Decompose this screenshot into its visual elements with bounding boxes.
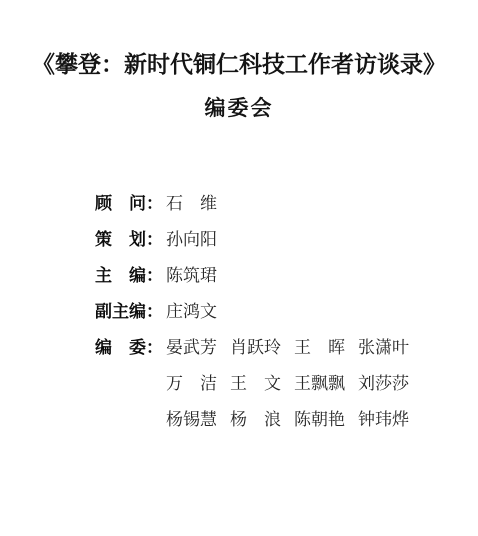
role-label-advisor: 顾 问： <box>95 186 163 222</box>
book-title: 《攀登：新时代铜仁科技工作者访谈录》 <box>0 48 478 82</box>
person-name: 王 晖 <box>294 330 345 366</box>
role-label-chief-editor: 主 编： <box>95 258 163 294</box>
role-label-deputy-editor: 副主编： <box>95 294 163 330</box>
roster-entry-planner: 策 划： 孙向阳 <box>95 222 478 258</box>
person-name: 陈朝艳 <box>294 402 345 438</box>
roster-entry-editorial-members: 编 委： 晏武芳 肖跃玲 王 晖 张潇叶 万 洁 王 文 王飘飘 刘莎莎 杨锡慧… <box>95 330 478 438</box>
person-name: 王飘飘 <box>294 366 345 402</box>
editorial-board-roster: 顾 问： 石 维 策 划： 孙向阳 主 编： 陈筑珺 副主编： 庄鸿文 编 委：… <box>95 186 478 438</box>
editorial-members-row: 万 洁 王 文 王飘飘 刘莎莎 <box>166 366 409 402</box>
person-name: 万 洁 <box>166 366 217 402</box>
editorial-board-heading: 编委会 <box>0 94 478 122</box>
roster-entry-deputy-editor: 副主编： 庄鸿文 <box>95 294 478 330</box>
person-name: 肖跃玲 <box>230 330 281 366</box>
person-name: 钟玮烨 <box>358 402 409 438</box>
person-name: 晏武芳 <box>166 330 217 366</box>
person-name-chief-editor: 陈筑珺 <box>166 258 217 294</box>
role-label-planner: 策 划： <box>95 222 163 258</box>
editorial-members-row: 杨锡慧 杨 浪 陈朝艳 钟玮烨 <box>166 402 409 438</box>
roster-entry-chief-editor: 主 编： 陈筑珺 <box>95 258 478 294</box>
editorial-members-row: 晏武芳 肖跃玲 王 晖 张潇叶 <box>166 330 409 366</box>
roster-entry-advisor: 顾 问： 石 维 <box>95 186 478 222</box>
person-name-planner: 孙向阳 <box>166 222 217 258</box>
person-name-deputy-editor: 庄鸿文 <box>166 294 217 330</box>
role-label-editorial-members: 编 委： <box>95 330 163 366</box>
person-name: 刘莎莎 <box>358 366 409 402</box>
document-page: 《攀登：新时代铜仁科技工作者访谈录》 编委会 顾 问： 石 维 策 划： 孙向阳… <box>0 0 478 536</box>
person-name: 杨 浪 <box>230 402 281 438</box>
person-name: 张潇叶 <box>358 330 409 366</box>
editorial-members-grid: 晏武芳 肖跃玲 王 晖 张潇叶 万 洁 王 文 王飘飘 刘莎莎 杨锡慧 杨 浪 … <box>166 330 409 438</box>
person-name: 王 文 <box>230 366 281 402</box>
person-name: 杨锡慧 <box>166 402 217 438</box>
person-name-advisor: 石 维 <box>166 186 217 222</box>
